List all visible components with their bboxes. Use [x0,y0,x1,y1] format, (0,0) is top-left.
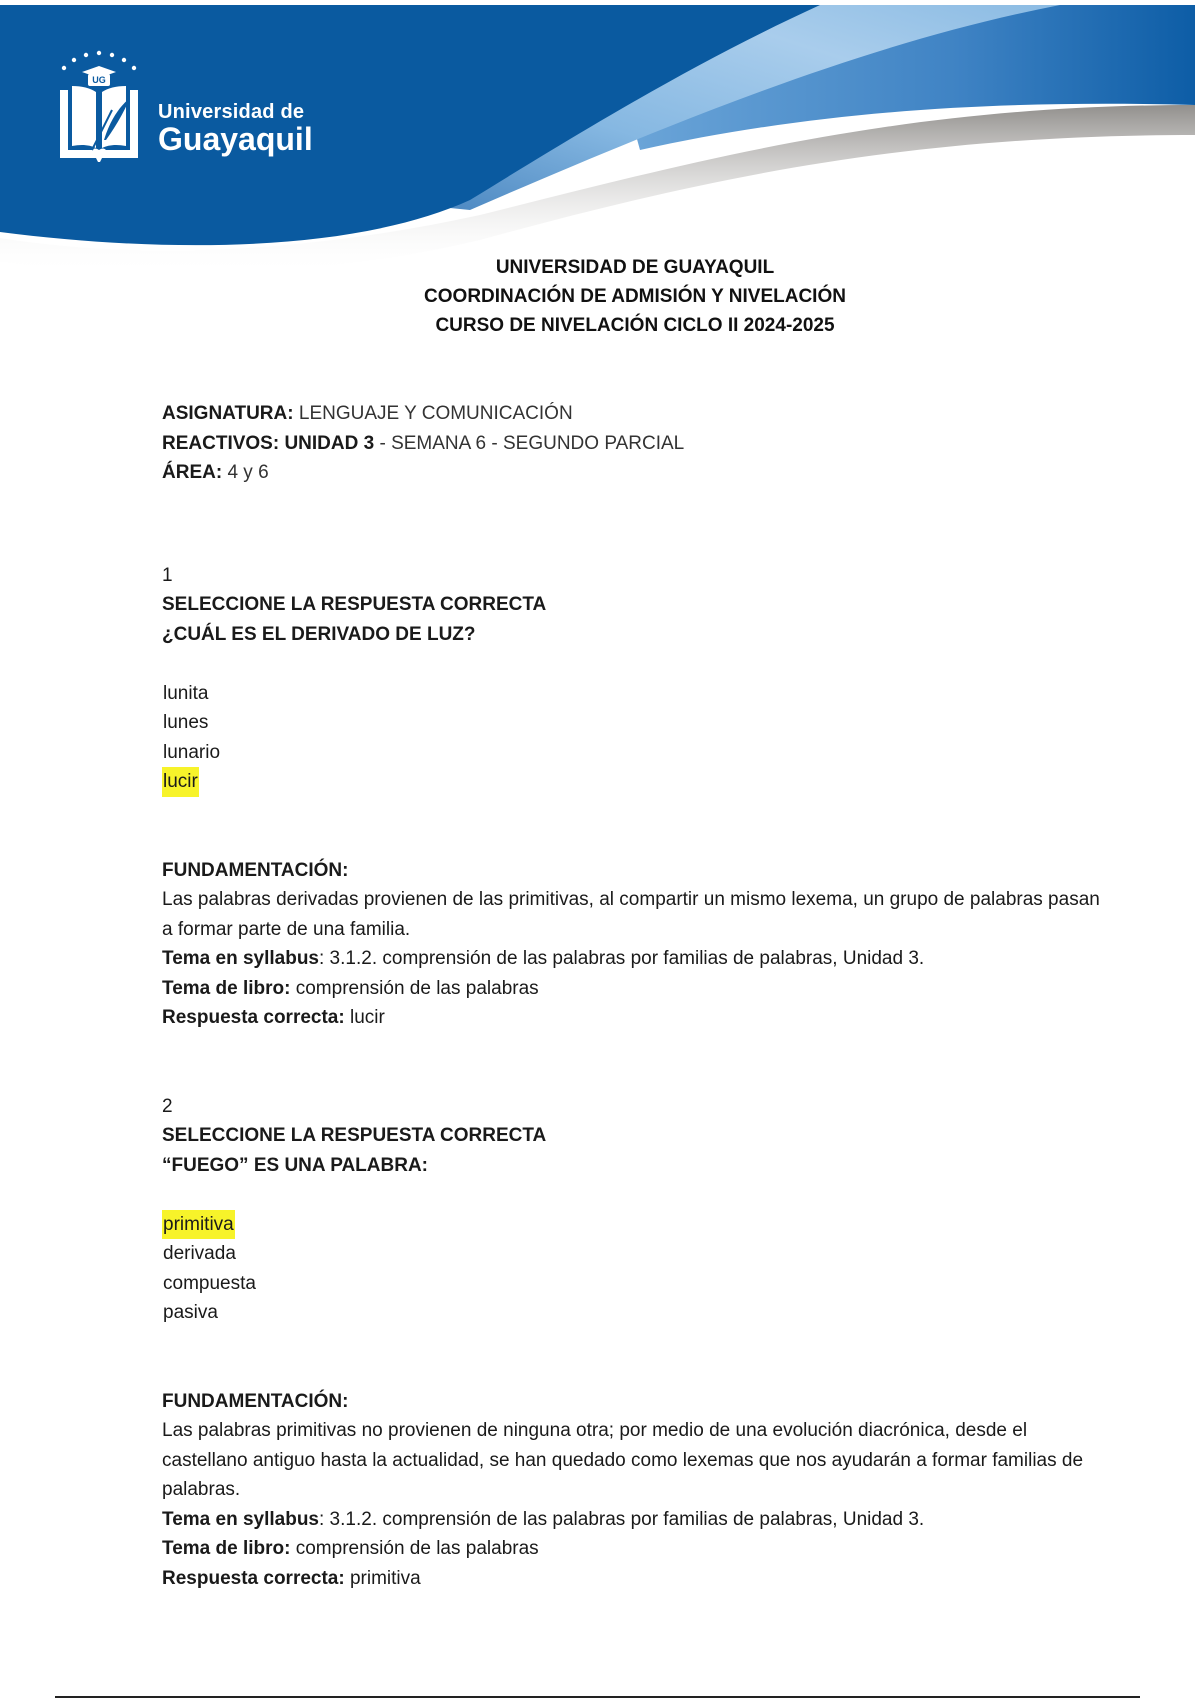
syllabus-line: Tema en syllabus: 3.1.2. comprensión de … [162,1505,1112,1535]
logo-line1: Universidad de [158,102,313,122]
fundamentacion-text: Las palabras primitivas no provienen de … [162,1416,1112,1505]
answer-option: compuesta [162,1269,257,1299]
respuesta-line: Respuesta correcta: lucir [162,1003,1112,1033]
title-line-1: UNIVERSIDAD DE GUAYAQUIL [0,253,1200,282]
respuesta-label: Respuesta correcta: [162,1568,345,1589]
area-line: ÁREA: 4 y 6 [162,458,1112,488]
fundamentacion-label: FUNDAMENTACIÓN: [162,856,1112,886]
document-title: UNIVERSIDAD DE GUAYAQUIL COORDINACIÓN DE… [0,253,1200,340]
area-label: ÁREA: [162,462,222,483]
title-line-3: CURSO DE NIVELACIÓN CICLO II 2024-2025 [0,311,1200,340]
answer-option: pasiva [162,1298,219,1328]
reactivos-line: REACTIVOS: UNIDAD 3 - SEMANA 6 - SEGUNDO… [162,429,1112,459]
syllabus-label: Tema en syllabus [162,948,319,969]
question-instruction: SELECCIONE LA RESPUESTA CORRECTA [162,1121,1112,1151]
syllabus-value: : 3.1.2. comprensión de las palabras por… [319,1509,924,1530]
answer-option-highlighted: primitiva [162,1210,235,1240]
answer-option: derivada [162,1239,237,1269]
svg-text:UG: UG [92,75,106,85]
title-line-2: COORDINACIÓN DE ADMISIÓN Y NIVELACIÓN [0,282,1200,311]
area-value: 4 y 6 [222,462,268,483]
respuesta-label: Respuesta correcta: [162,1007,345,1028]
asignatura-label: ASIGNATURA: [162,403,294,424]
fundamentacion-label: FUNDAMENTACIÓN: [162,1387,1112,1417]
footer-divider [55,1696,1140,1698]
question-1: 1 SELECCIONE LA RESPUESTA CORRECTA ¿CUÁL… [162,561,1112,1033]
reactivos-label: REACTIVOS: UNIDAD 3 [162,433,374,454]
libro-line: Tema de libro: comprensión de las palabr… [162,1534,1112,1564]
question-prompt: ¿CUÁL ES EL DERIVADO DE LUZ? [162,620,1112,650]
libro-value: comprensión de las palabras [290,1538,538,1559]
answer-option: lunario [162,738,221,768]
fundamentacion-text: Las palabras derivadas provienen de las … [162,885,1112,944]
document-body: ASIGNATURA: LENGUAJE Y COMUNICACIÓN REAC… [162,399,1112,1593]
open-book-quill-graduation-cap-icon: UG [52,50,162,170]
libro-value: comprensión de las palabras [290,978,538,999]
asignatura-value: LENGUAJE Y COMUNICACIÓN [294,403,573,424]
answer-option: lunita [162,679,209,709]
respuesta-line: Respuesta correcta: primitiva [162,1564,1112,1594]
logo-wordmark: Universidad de Guayaquil [158,102,313,155]
syllabus-value: : 3.1.2. comprensión de las palabras por… [319,948,924,969]
respuesta-value: lucir [345,1007,385,1028]
question-instruction: SELECCIONE LA RESPUESTA CORRECTA [162,590,1112,620]
libro-label: Tema de libro: [162,978,290,999]
question-number: 1 [162,561,1112,591]
libro-label: Tema de libro: [162,1538,290,1559]
syllabus-line: Tema en syllabus: 3.1.2. comprensión de … [162,944,1112,974]
logo-line2: Guayaquil [158,123,313,155]
asignatura-line: ASIGNATURA: LENGUAJE Y COMUNICACIÓN [162,399,1112,429]
reactivos-value: - SEMANA 6 - SEGUNDO PARCIAL [374,433,684,454]
question-2: 2 SELECCIONE LA RESPUESTA CORRECTA “FUEG… [162,1092,1112,1594]
libro-line: Tema de libro: comprensión de las palabr… [162,974,1112,1004]
university-logo: UG Universidad de Guayaquil [52,50,342,170]
answer-option: lunes [162,708,209,738]
question-prompt: “FUEGO” ES UNA PALABRA: [162,1151,1112,1181]
respuesta-value: primitiva [345,1568,421,1589]
answer-option-highlighted: lucir [162,767,199,797]
question-number: 2 [162,1092,1112,1122]
syllabus-label: Tema en syllabus [162,1509,319,1530]
